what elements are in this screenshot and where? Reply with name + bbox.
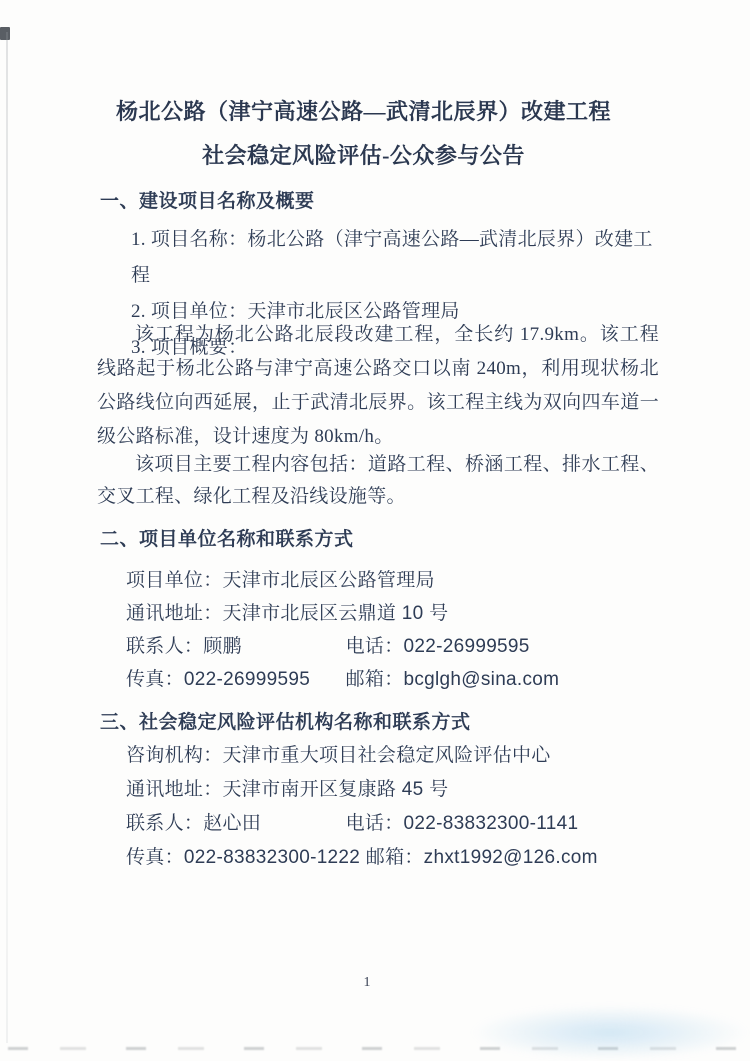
agency-row-name: 咨询机构：天津市重大项目社会稳定风险评估中心 — [126, 739, 666, 773]
page-number: 1 — [0, 975, 734, 991]
agency-name: 咨询机构：天津市重大项目社会稳定风险评估中心 — [126, 739, 551, 773]
document-title-line2: 社会稳定风险评估-公众参与公告 — [93, 134, 634, 178]
document-page: 杨北公路（津宁高速公路—武清北辰界）改建工程 社会稳定风险评估-公众参与公告 一… — [0, 0, 750, 1061]
contact-email: 邮箱：bcglgh@sina.com — [346, 663, 560, 696]
project-summary-paragraph-1: 该工程为杨北公路北辰段改建工程，全长约 17.9km。该工程线路起于杨北公路与津… — [97, 318, 659, 454]
contact-person: 联系人：顾鹏 — [126, 630, 340, 663]
scan-corner-mark — [0, 27, 10, 40]
scan-blue-smudge — [470, 1005, 750, 1060]
contact-address: 通讯地址：天津市北辰区云鼎道 10 号 — [126, 597, 448, 630]
agency-row-address: 通讯地址：天津市南开区复康路 45 号 — [126, 773, 666, 807]
agency-person: 联系人：赵心田 — [126, 807, 340, 841]
document-title: 杨北公路（津宁高速公路—武清北辰界）改建工程 社会稳定风险评估-公众参与公告 — [93, 90, 634, 178]
agency-phone: 电话：022-83832300-1141 — [346, 807, 579, 841]
agency-row-person-phone: 联系人：赵心田 电话：022-83832300-1141 — [126, 807, 666, 841]
project-summary-paragraph-2: 该项目主要工程内容包括：道路工程、桥涵工程、排水工程、交叉工程、绿化工程及沿线设… — [97, 449, 659, 513]
section3-heading: 三、社会稳定风险评估机构名称和联系方式 — [100, 711, 471, 735]
contact-unit: 项目单位：天津市北辰区公路管理局 — [126, 564, 435, 597]
contact-phone: 电话：022-26999595 — [346, 630, 530, 663]
contact-row-unit: 项目单位：天津市北辰区公路管理局 — [126, 564, 666, 597]
agency-row-fax-email: 传真：022-83832300-1222 邮箱：zhxt1992@126.com — [126, 841, 666, 875]
agency-address: 通讯地址：天津市南开区复康路 45 号 — [126, 773, 448, 807]
agency-fax: 传真：022-83832300-1222 — [126, 841, 360, 875]
contact-row-fax-email: 传真：022-26999595 邮箱：bcglgh@sina.com — [126, 663, 666, 696]
section2-contact-rows: 项目单位：天津市北辰区公路管理局 通讯地址：天津市北辰区云鼎道 10 号 联系人… — [126, 564, 666, 696]
document-title-line1: 杨北公路（津宁高速公路—武清北辰界）改建工程 — [93, 90, 634, 134]
contact-row-person-phone: 联系人：顾鹏 电话：022-26999595 — [126, 630, 666, 663]
section1-heading: 一、建设项目名称及概要 — [100, 190, 315, 214]
list-item-project-name: 1. 项目名称：杨北公路（津宁高速公路—武清北辰界）改建工程 — [131, 222, 661, 294]
section2-heading: 二、项目单位名称和联系方式 — [100, 528, 354, 552]
section3-contact-rows: 咨询机构：天津市重大项目社会稳定风险评估中心 通讯地址：天津市南开区复康路 45… — [126, 739, 666, 875]
contact-fax: 传真：022-26999595 — [126, 663, 340, 696]
agency-email: 邮箱：zhxt1992@126.com — [366, 841, 598, 875]
contact-row-address: 通讯地址：天津市北辰区云鼎道 10 号 — [126, 597, 666, 630]
scan-left-edge — [6, 32, 8, 1043]
